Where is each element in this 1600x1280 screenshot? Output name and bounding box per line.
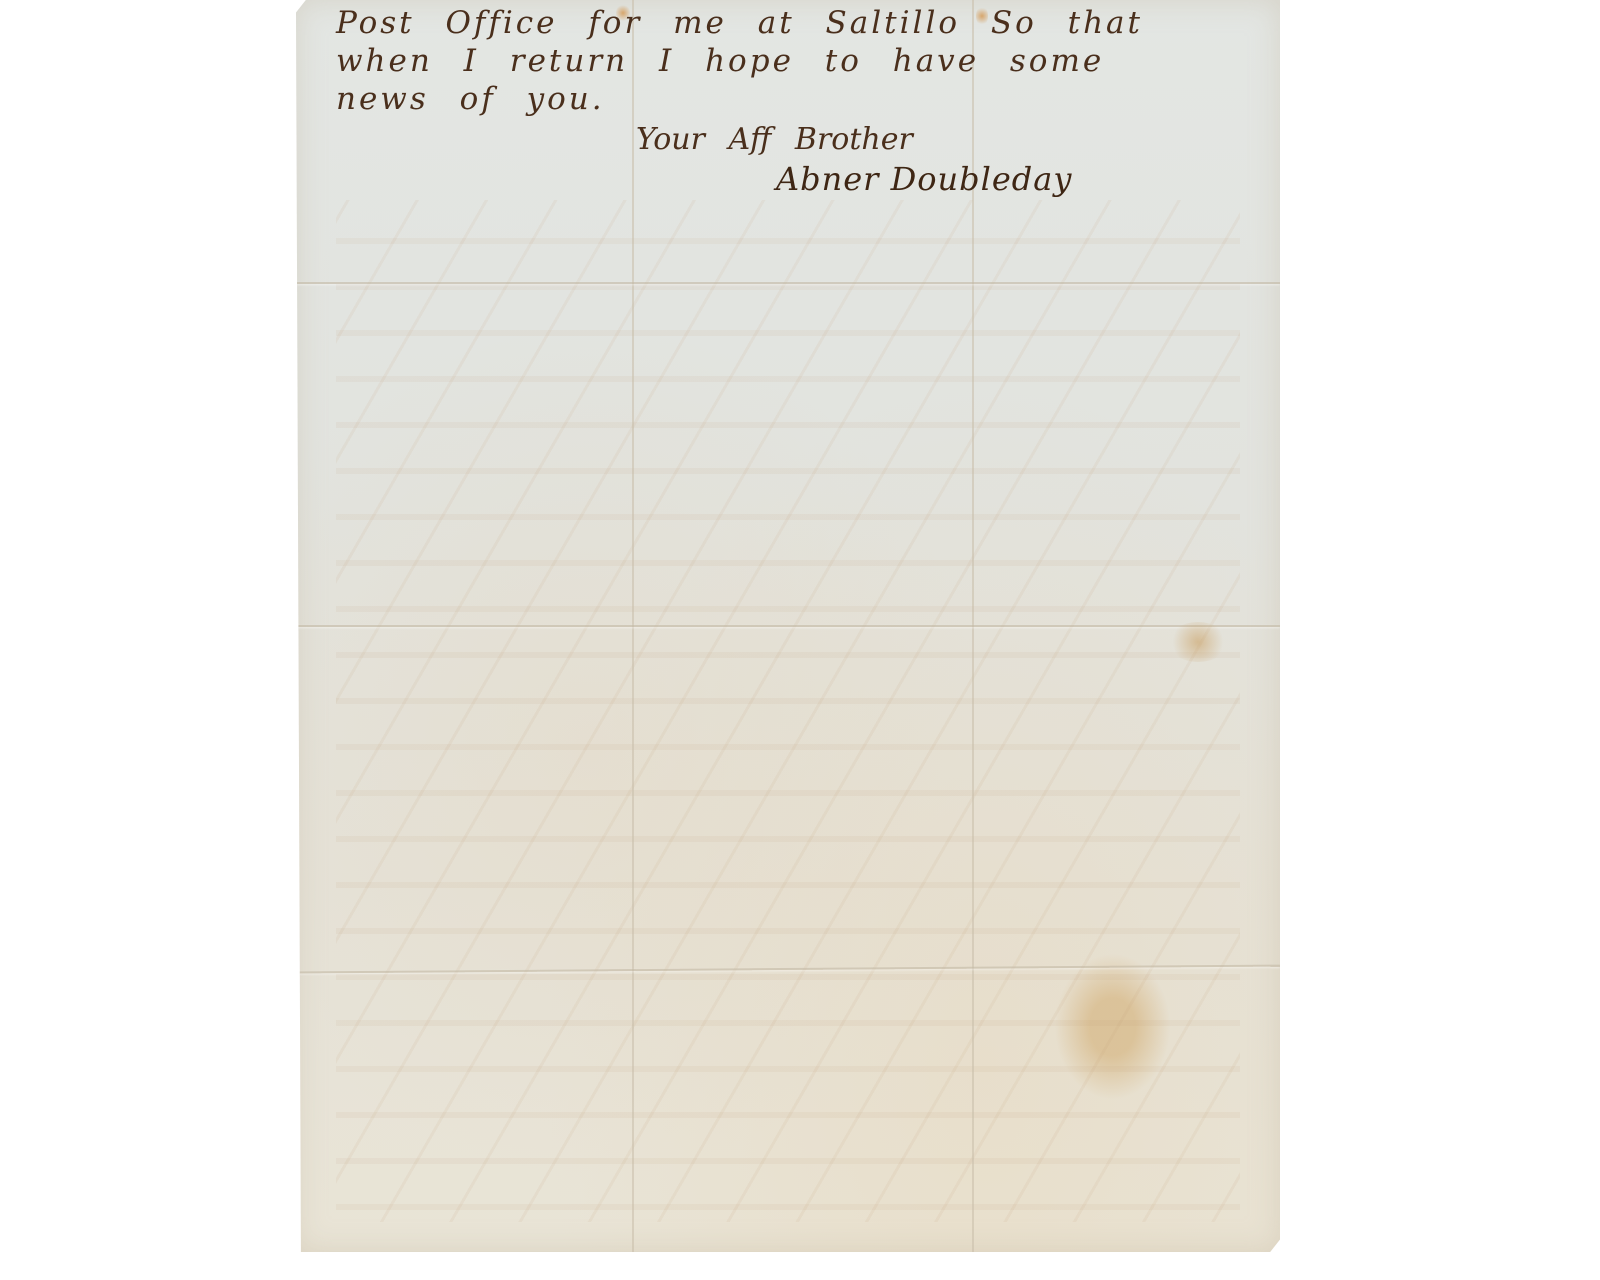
ink-bleed-lines xyxy=(336,200,1240,1222)
letter-closing: Your Aff Brother xyxy=(636,122,913,157)
letter-signature: Abner Doubleday xyxy=(776,160,1072,198)
letter-line: when I return I hope to have some xyxy=(336,42,1256,80)
age-stain xyxy=(1168,622,1228,662)
letter-line: Post Office for me at Saltillo So that xyxy=(336,4,1256,42)
letter-body: Post Office for me at Saltillo So that w… xyxy=(336,4,1256,118)
fold-line-horizontal-2 xyxy=(296,625,1280,627)
letter-page: Post Office for me at Saltillo So that w… xyxy=(296,0,1280,1252)
fold-line-horizontal-1 xyxy=(296,282,1280,284)
letter-line: news of you. xyxy=(336,80,1256,118)
